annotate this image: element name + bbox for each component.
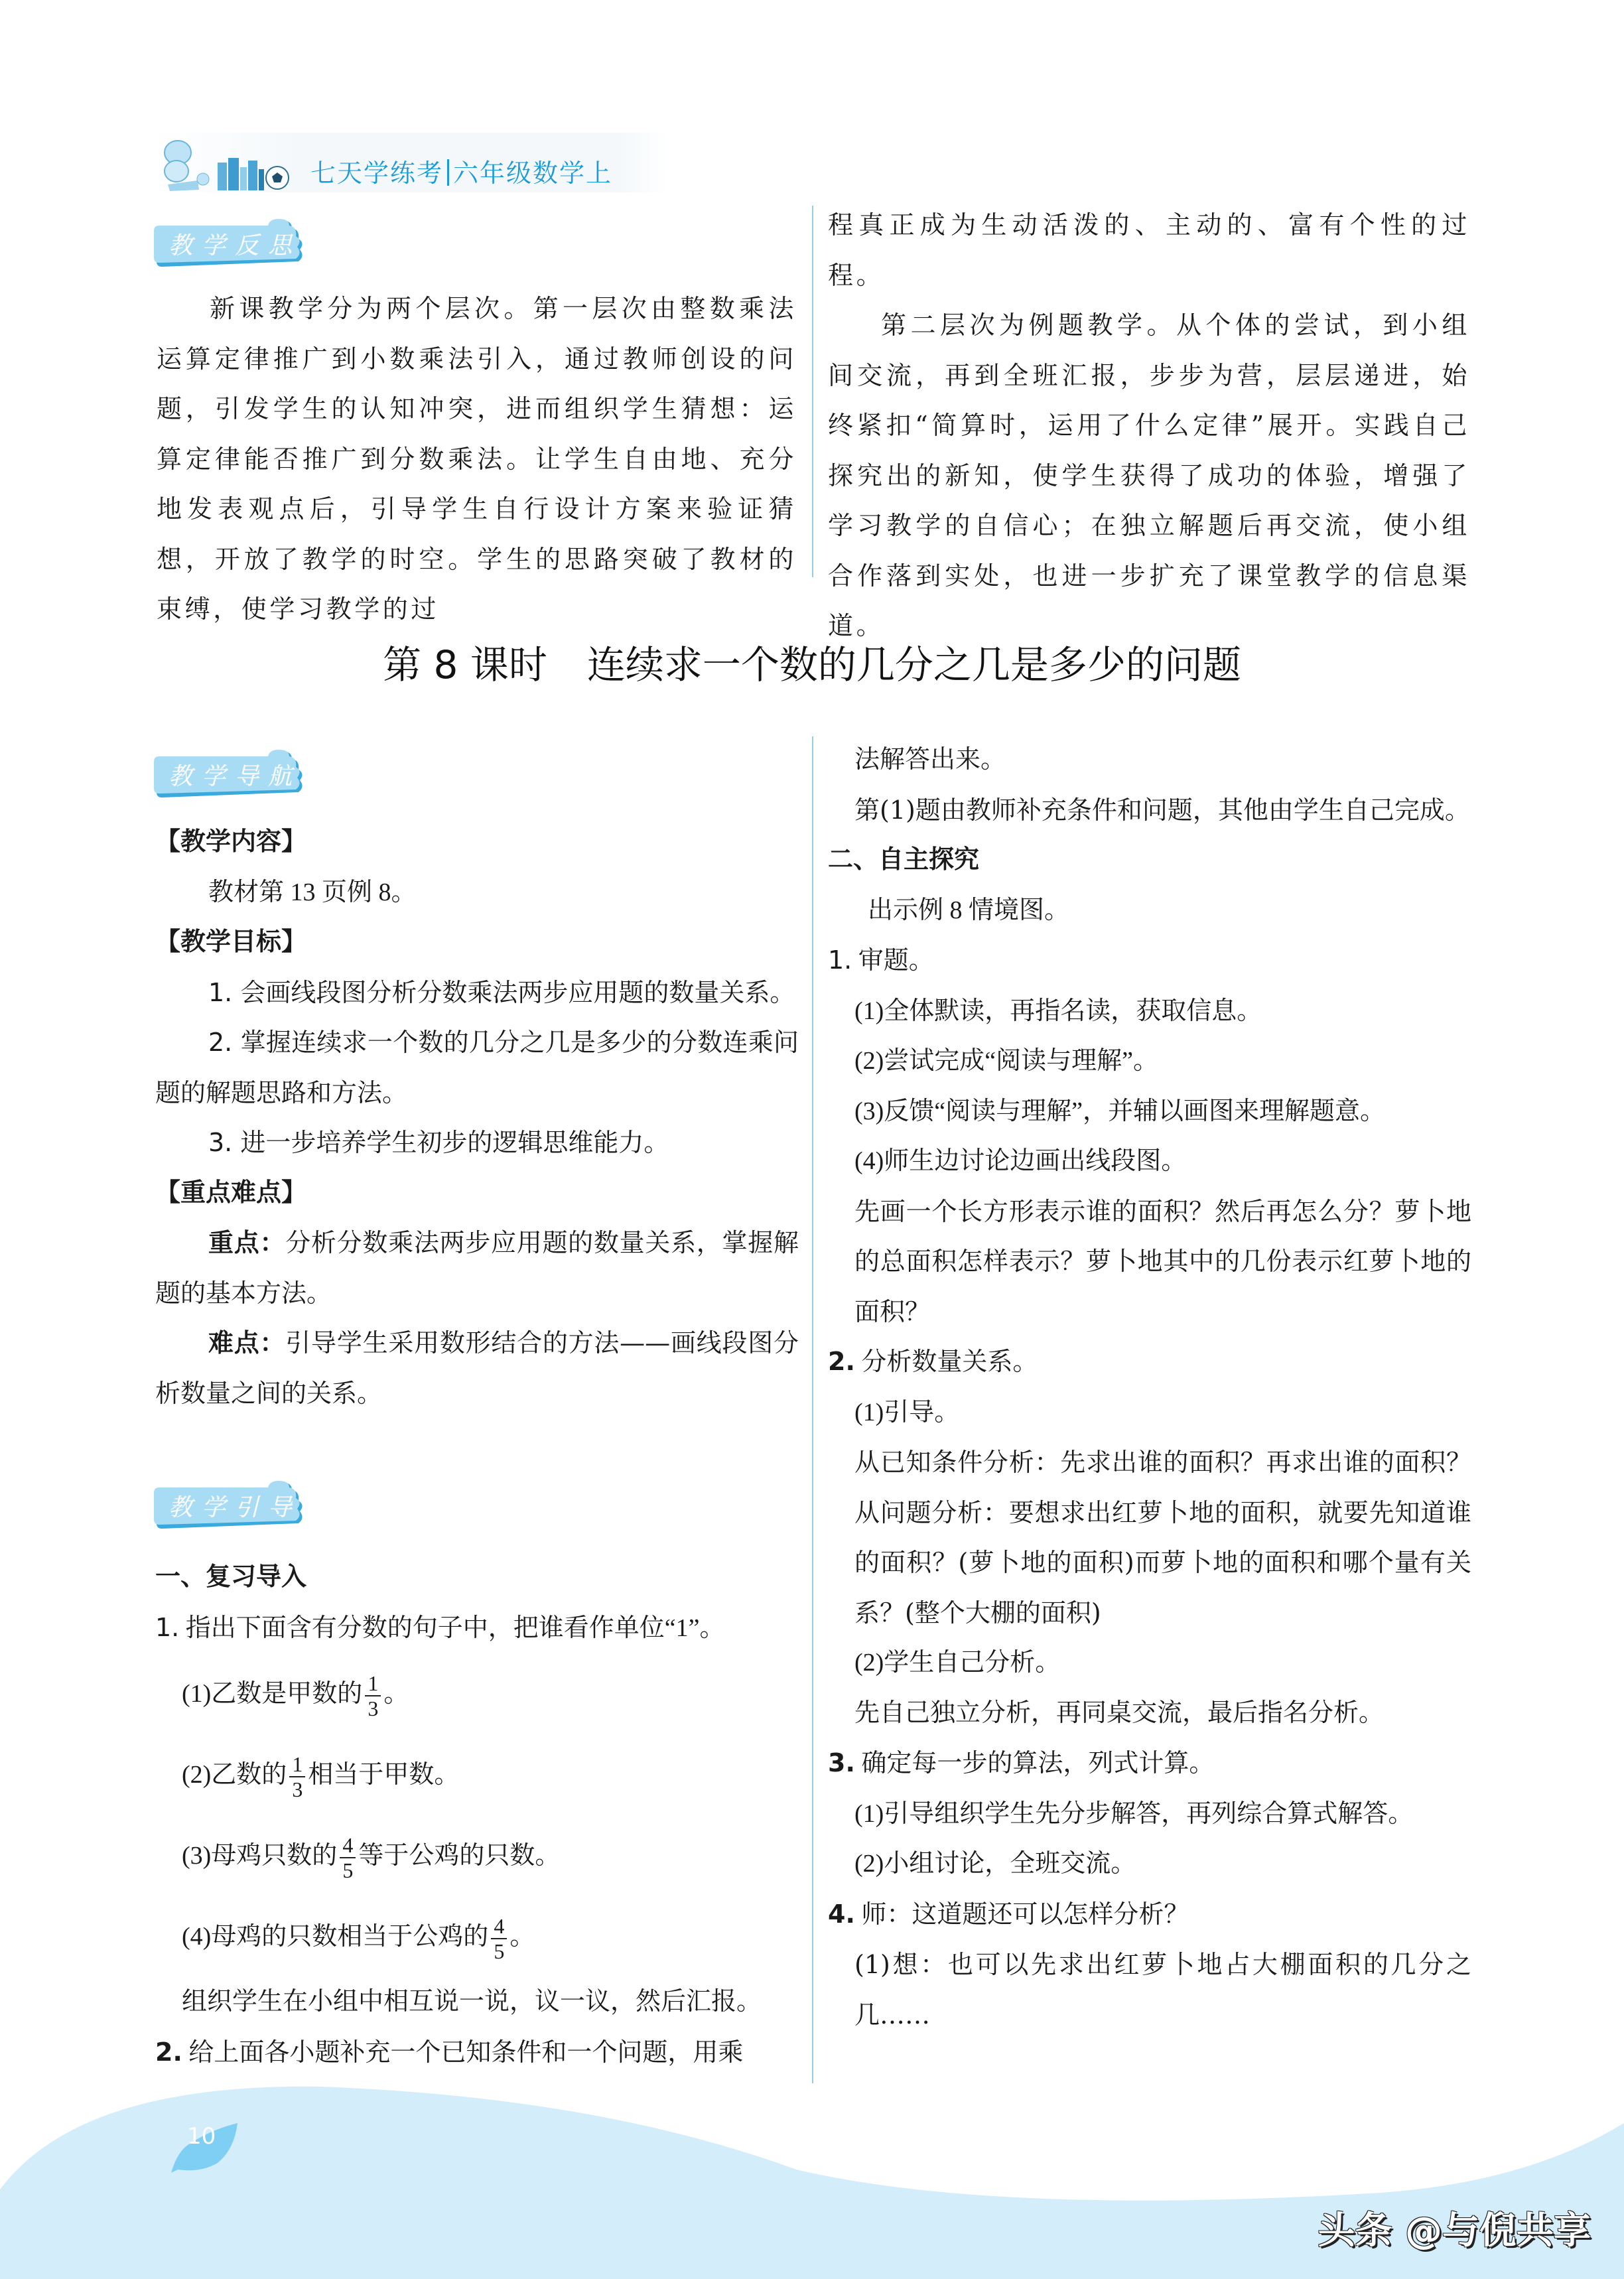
lesson-number: 第 8 课时 — [383, 642, 547, 687]
step-2-title: 2. 分析数量关系。 — [828, 1337, 1471, 1388]
goal-item-1: 1. 会画线段图分析分数乘法两步应用题的数量关系。 — [155, 968, 799, 1018]
running-header: 七天学练考六年级数学上 — [151, 133, 669, 192]
badge-teaching-guidance: 教学引导 — [151, 1481, 317, 1527]
left-column: 【教学内容】 教材第 13 页例 8。 【教学目标】 1. 会画线段图分析分数乘… — [155, 817, 799, 1418]
question-1-item-3: (3)母鸡只数的45等于公鸡的只数。 — [155, 1815, 799, 1896]
reflection-right-column: 程真正成为生动活泼的、主动的、富有个性的过程。 第二层次为例题教学。从个体的尝试… — [828, 200, 1470, 652]
heading-teaching-content: 【教学内容】 — [155, 817, 799, 868]
reflection-paragraph-2: 程真正成为生动活泼的、主动的、富有个性的过程。 — [828, 200, 1470, 301]
section-self-exploration: 二、自主探究 — [828, 835, 1471, 886]
lesson-title: 第 8 课时连续求一个数的几分之几是多少的问题 — [0, 634, 1624, 689]
question-1-item-2: (2)乙数的13相当于甲数。 — [155, 1734, 799, 1815]
book-title: 七天学练考六年级数学上 — [310, 153, 612, 189]
goal-item-3: 3. 进一步培养学生初步的逻辑思维能力。 — [155, 1118, 799, 1168]
question-2-continued: 法解答出来。 — [828, 735, 1471, 786]
column-divider-top — [812, 206, 813, 577]
reflection-left-column: 新课教学分为两个层次。第一层次由整数乘法运算定律推广到小数乘法引入，通过教师创设… — [157, 284, 797, 635]
heading-teaching-goals: 【教学目标】 — [155, 918, 799, 968]
section-2-intro: 出示例 8 情境图。 — [828, 886, 1471, 936]
step-1-line: (3)反馈“阅读与理解”，并辅以画图来理解题意。 — [828, 1087, 1471, 1137]
step-2-line: 先自己独立分析，再同桌交流，最后指名分析。 — [828, 1689, 1471, 1739]
step-2-paragraph: 从已知条件分析：先求出谁的面积？再求出谁的面积？从问题分析：要想求出红萝卜地的面… — [828, 1438, 1471, 1638]
key-point: 重点：分析分数乘法两步应用题的数量关系，掌握解题的基本方法。 — [155, 1218, 799, 1318]
question-1-item-1: (1)乙数是甲数的13。 — [155, 1653, 799, 1734]
title-separator — [447, 159, 449, 186]
question-1: 1. 指出下面含有分数的句子中，把谁看作单位“1”。 — [155, 1603, 799, 1654]
step-2-line: (1)引导。 — [828, 1388, 1471, 1438]
step-3-title: 3. 确定每一步的算法，列式计算。 — [828, 1738, 1471, 1789]
step-1-line: (4)师生边讨论边画出线段图。 — [828, 1137, 1471, 1187]
step-1-line: (2)尝试完成“阅读与理解”。 — [828, 1036, 1471, 1087]
right-column: 法解答出来。 第(1)题由教师补充条件和问题，其他由学生自己完成。 二、自主探究… — [828, 735, 1471, 2040]
left-column-guidance: 一、复习导入 1. 指出下面含有分数的句子中，把谁看作单位“1”。 (1)乙数是… — [155, 1553, 799, 2078]
step-3-line: (2)小组讨论，全班交流。 — [828, 1839, 1471, 1890]
section-review-intro: 一、复习导入 — [155, 1553, 799, 1603]
difficult-point: 难点：引导学生采用数形结合的方法——画线段图分析数量之间的关系。 — [155, 1318, 799, 1418]
fraction: 13 — [365, 1671, 381, 1720]
step-4-paragraph: (1)想：也可以先求出红萝卜地占大棚面积的几分之几…… — [828, 1940, 1471, 2040]
step-4-title: 4. 师：这道题还可以怎样分析？ — [828, 1890, 1471, 1941]
teaching-content-text: 教材第 13 页例 8。 — [155, 868, 799, 918]
fraction: 13 — [289, 1752, 305, 1801]
page-number: 10 — [187, 2123, 216, 2150]
badge-teaching-navigation: 教学导航 — [151, 750, 317, 796]
fraction: 45 — [491, 1914, 507, 1963]
step-2-line: (2)学生自己分析。 — [828, 1638, 1471, 1689]
question-2-note: 第(1)题由教师补充条件和问题，其他由学生自己完成。 — [828, 786, 1471, 836]
step-1-paragraph: 先画一个长方形表示谁的面积？然后再怎么分？萝卜地的总面积怎样表示？萝卜地其中的几… — [828, 1187, 1471, 1338]
column-divider-main — [812, 736, 813, 2083]
reflection-paragraph-1: 新课教学分为两个层次。第一层次由整数乘法运算定律推广到小数乘法引入，通过教师创设… — [157, 284, 797, 635]
step-1-line: (1)全体默读，再指名读，获取信息。 — [828, 987, 1471, 1037]
mascot-books-illustration — [151, 133, 310, 192]
fraction: 45 — [340, 1833, 356, 1882]
reflection-paragraph-3: 第二层次为例题教学。从个体的尝试，到小组间交流，再到全班汇报，步步为营，层层递进… — [828, 301, 1470, 652]
watermark: 头条 @与倪共享 — [1318, 2201, 1591, 2254]
step-3-line: (1)引导组织学生先分步解答，再列综合算式解答。 — [828, 1789, 1471, 1840]
badge-teaching-reflection: 教学反思 — [151, 219, 317, 265]
question-1-note: 组织学生在小组中相互说一说，议一议，然后汇报。 — [155, 1977, 799, 2028]
heading-key-points: 【重点难点】 — [155, 1168, 799, 1219]
lesson-topic: 连续求一个数的几分之几是多少的问题 — [587, 642, 1241, 687]
step-1-title: 1. 审题。 — [828, 935, 1471, 987]
goal-item-2: 2. 掌握连续求一个数的几分之几是多少的分数连乘问题的解题思路和方法。 — [155, 1018, 799, 1118]
question-1-item-4: (4)母鸡的只数相当于公鸡的45。 — [155, 1896, 799, 1977]
